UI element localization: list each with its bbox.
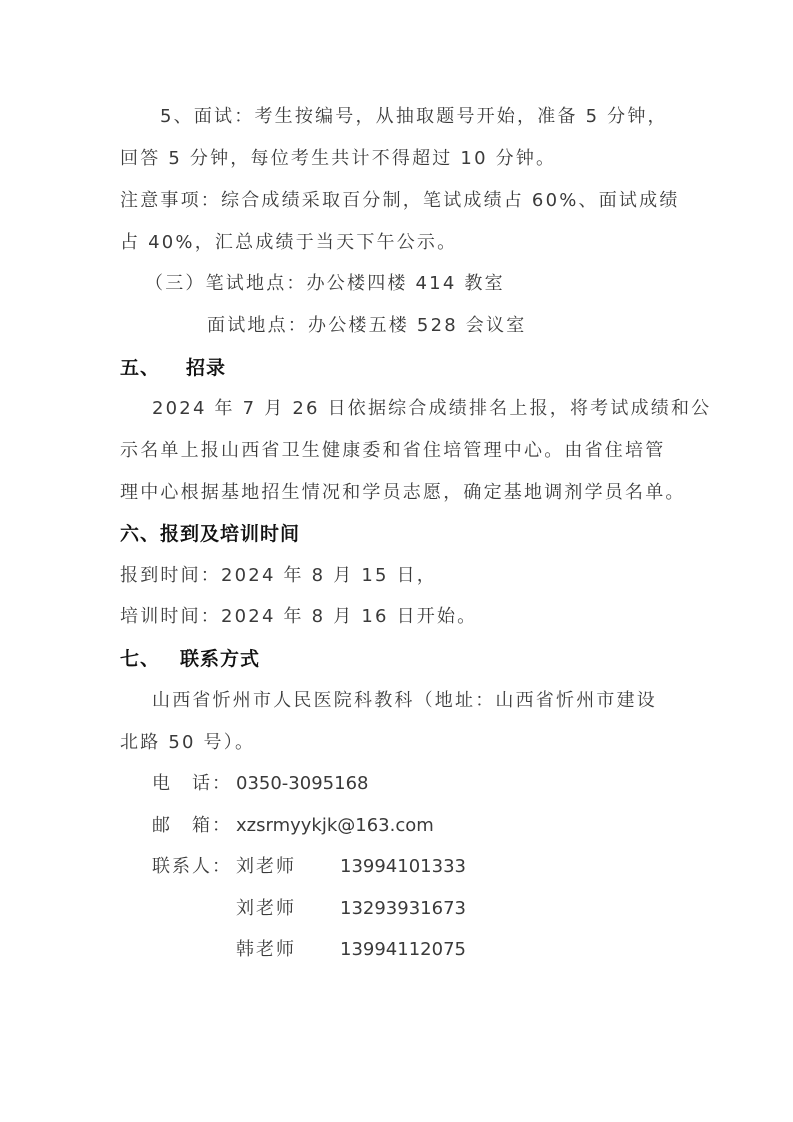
section7-heading: 七、联系方式 (120, 646, 260, 672)
section7-heading-title: 联系方式 (180, 648, 260, 670)
contact-name: 韩老师 (236, 937, 340, 963)
phone-label: 电 话： (152, 771, 236, 797)
training-time: 培训时间：2024 年 8 月 16 日开始。 (120, 604, 477, 630)
interview-item5-line2: 回答 5 分钟，每位考生共计不得超过 10 分钟。 (120, 146, 556, 172)
phone-row: 电 话：0350-3095168 (152, 771, 368, 797)
section7-heading-number: 七、 (120, 648, 160, 670)
address-line1: 山西省忻州市人民医院科教科（地址：山西省忻州市建设 (152, 688, 657, 714)
section5-line3: 理中心根据基地招生情况和学员志愿，确定基地调剂学员名单。 (120, 480, 686, 506)
contact-name: 刘老师 (236, 854, 340, 880)
address-line2: 北路 50 号）。 (120, 730, 255, 756)
phone-value: 0350-3095168 (236, 771, 368, 797)
notice-line1: 注意事项：综合成绩采取百分制，笔试成绩占 60%、面试成绩 (120, 188, 680, 214)
interview-location: 面试地点：办公楼五楼 528 会议室 (207, 313, 526, 339)
section5-line2: 示名单上报山西省卫生健康委和省住培管理中心。由省住培管 (120, 438, 665, 464)
interview-item5-line1: 5、面试：考生按编号，从抽取题号开始，准备 5 分钟， (160, 104, 668, 130)
email-label: 邮 箱： (152, 813, 236, 839)
contact-person-row: 刘老师13293931673 (152, 896, 466, 922)
contact-person-row: 韩老师13994112075 (152, 937, 466, 963)
section5-heading-title: 招录 (186, 357, 226, 379)
email-value: xzsrmyykjk@163.com (236, 813, 434, 839)
notice-line2: 占 40%，汇总成绩于当天下午公示。 (120, 230, 457, 256)
contact-phone: 13994101333 (340, 854, 466, 880)
contact-name: 刘老师 (236, 896, 340, 922)
section5-heading-number: 五、 (120, 357, 160, 379)
section6-heading: 六、报到及培训时间 (120, 521, 300, 547)
section5-line1: 2024 年 7 月 26 日依据综合成绩排名上报，将考试成绩和公 (152, 396, 711, 422)
written-exam-location: （三）笔试地点：办公楼四楼 414 教室 (145, 271, 505, 297)
section5-heading: 五、招录 (120, 355, 226, 381)
contact-phone: 13293931673 (340, 896, 466, 922)
email-row: 邮 箱：xzsrmyykjk@163.com (152, 813, 434, 839)
contact-phone: 13994112075 (340, 937, 466, 963)
contact-person-row: 联系人：刘老师13994101333 (152, 854, 466, 880)
report-time: 报到时间：2024 年 8 月 15 日， (120, 563, 437, 589)
contacts-label: 联系人： (152, 854, 236, 880)
